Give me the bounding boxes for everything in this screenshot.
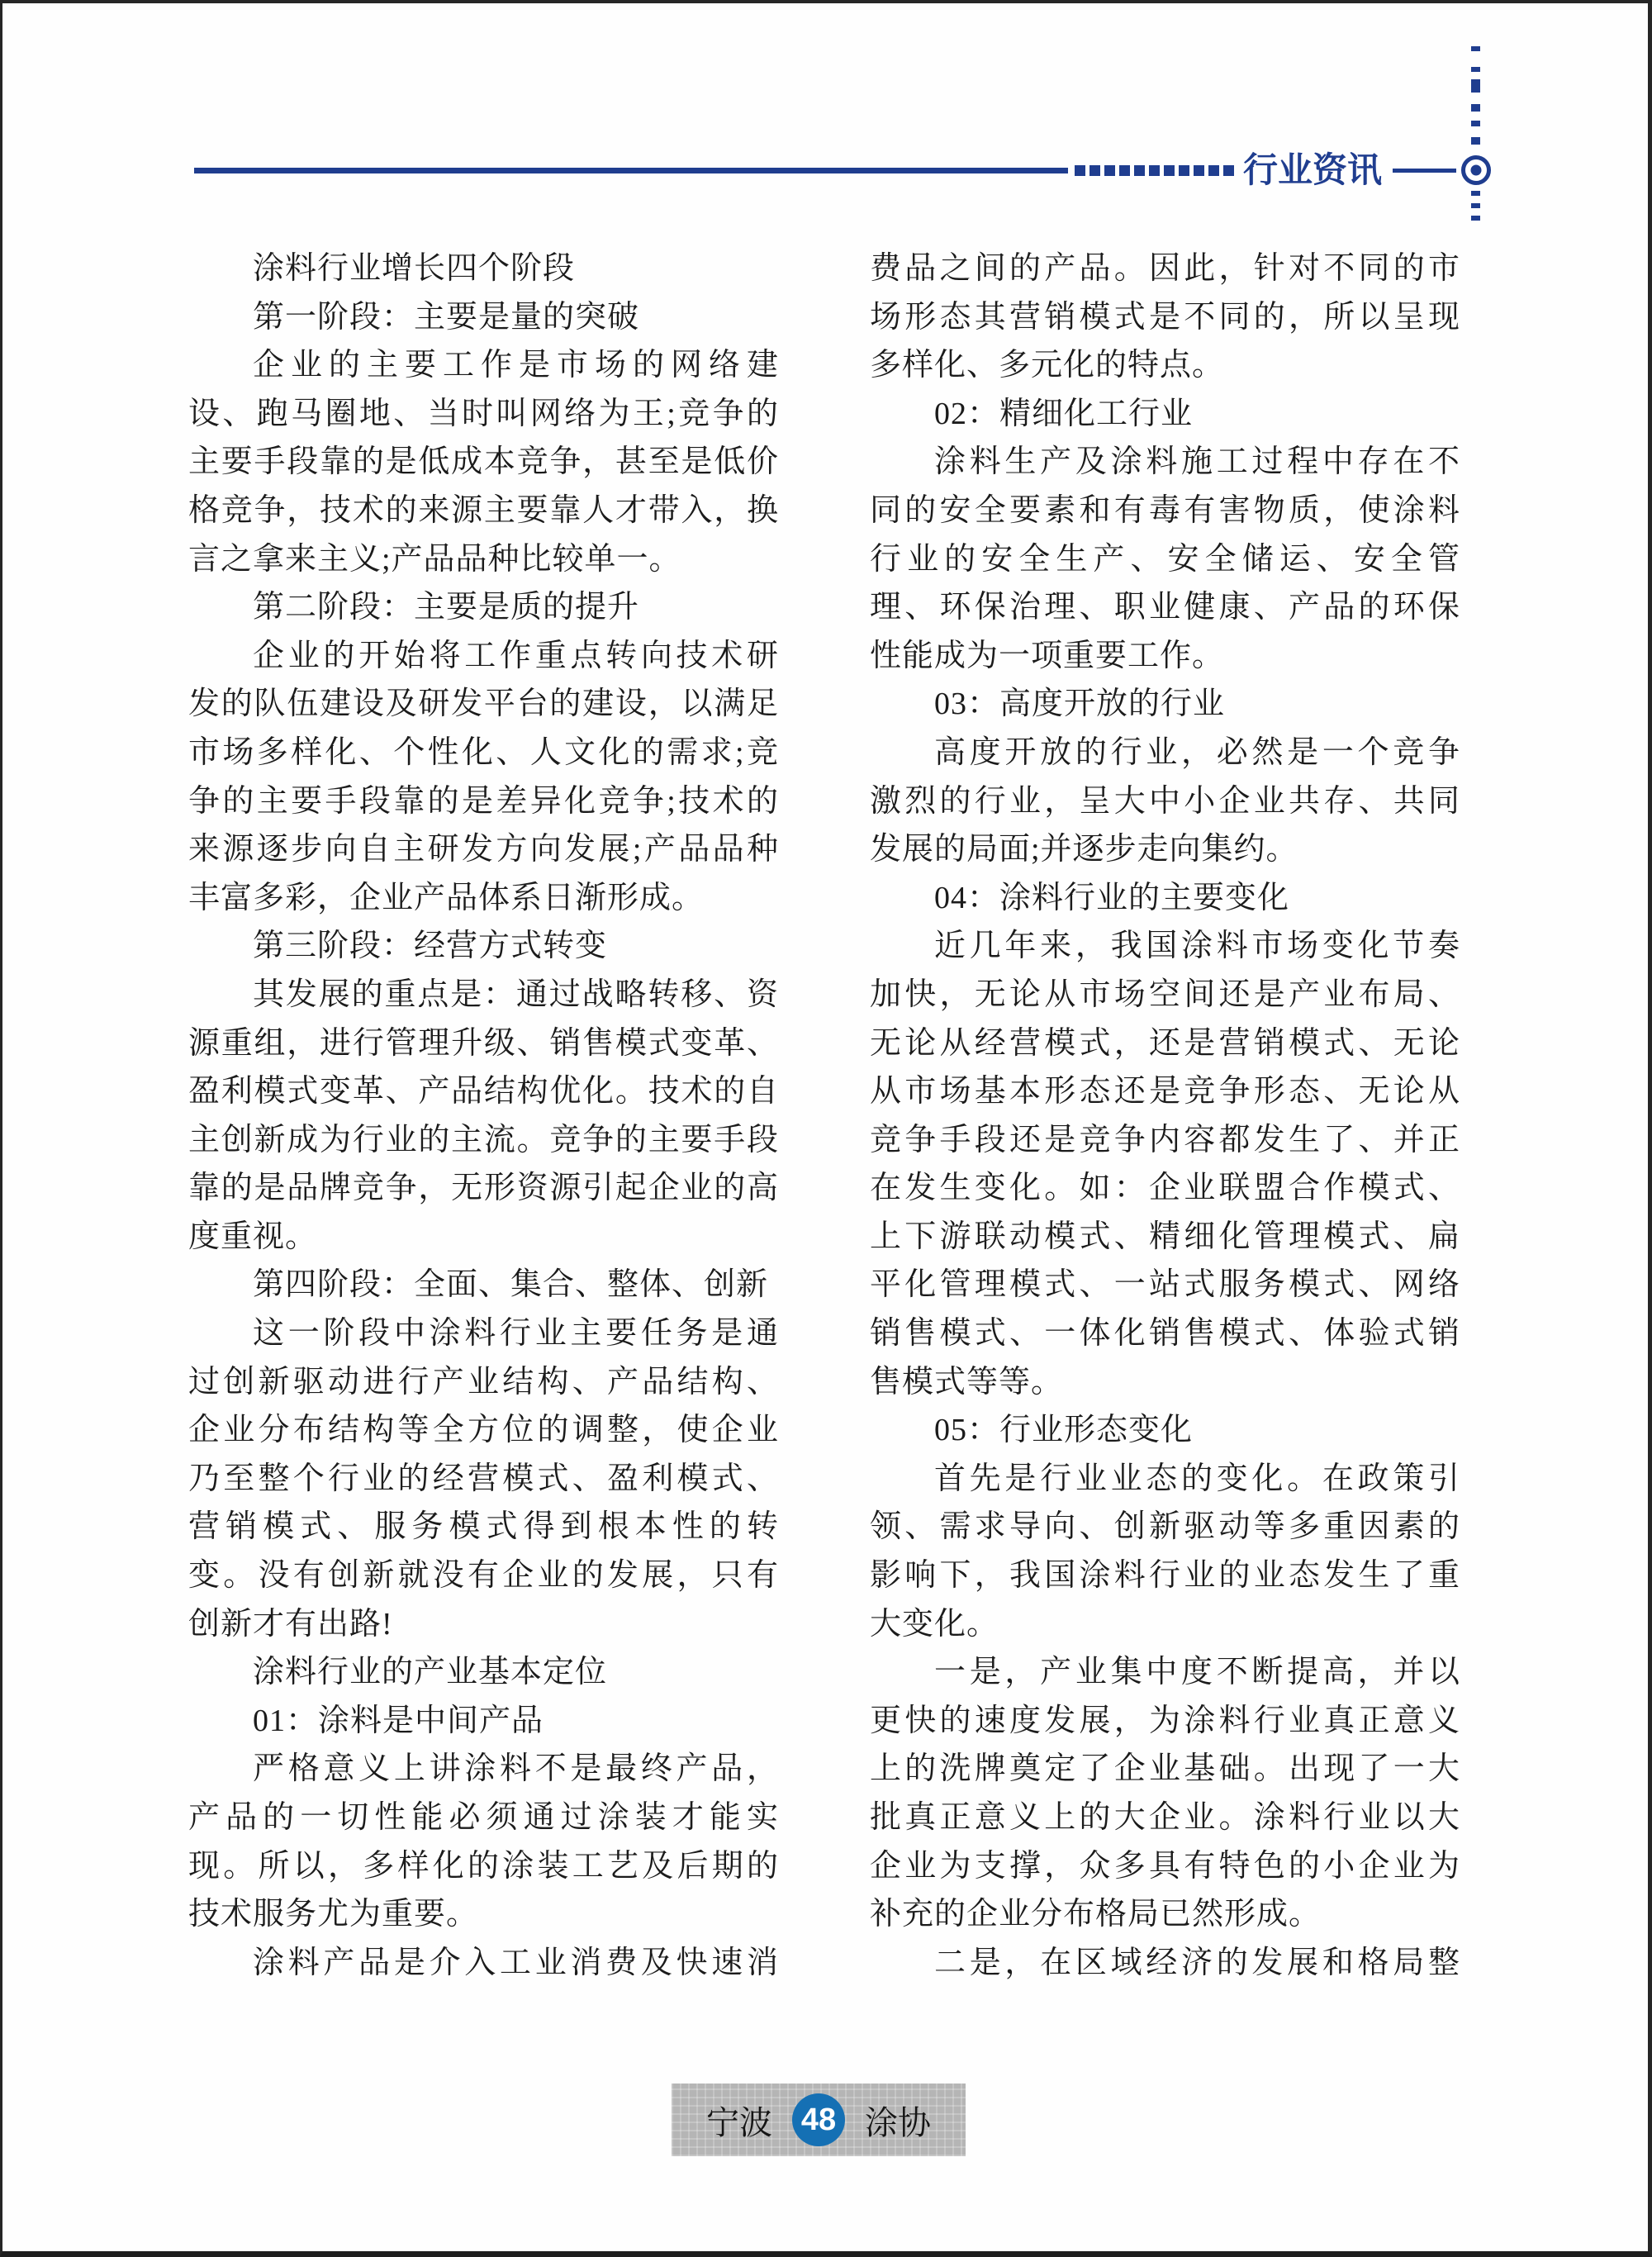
- text-line: 企业为支撑，众多具有特色的小企业为: [870, 1842, 1460, 1891]
- footer-banner: 宁波 48 涂协: [672, 2084, 966, 2156]
- text-line: 创新才有出路!: [188, 1600, 779, 1649]
- footer-right-label: 涂协: [865, 2097, 931, 2144]
- text-line: 源重组，进行管理升级、销售模式变革、: [188, 1019, 779, 1068]
- magazine-page: 行业资讯 涂料行业增长四个阶段第一阶段：主要是量的突破企业的主要工作是市场的网络…: [0, 0, 1652, 2257]
- text-line: 一是，产业集中度不断提高，并以: [870, 1648, 1460, 1697]
- column-right: 费品之间的产品。因此，针对不同的市场形态其营销模式是不同的，所以呈现多样化、多元…: [870, 245, 1460, 1987]
- header-rule-short: [1393, 169, 1456, 173]
- text-line: 理、环保治理、职业健康、产品的环保: [870, 583, 1460, 632]
- vertical-dash: [1471, 216, 1480, 221]
- text-line: 变。没有创新就没有企业的发展，只有: [188, 1551, 779, 1600]
- dash-square: [1119, 165, 1130, 176]
- text-line: 平化管理模式、一站式服务模式、网络: [870, 1261, 1460, 1309]
- text-line: 格竞争，技术的来源主要靠人才带入，换: [188, 487, 779, 535]
- text-line: 费品之间的产品。因此，针对不同的市: [870, 245, 1460, 293]
- dash-square: [1223, 165, 1234, 176]
- text-line: 01：涂料是中间产品: [188, 1697, 779, 1746]
- dash-square: [1134, 165, 1145, 176]
- text-line: 首先是行业业态的变化。在政策引: [870, 1455, 1460, 1504]
- vertical-dash: [1471, 104, 1480, 112]
- dash-square: [1075, 165, 1085, 176]
- text-line: 近几年来，我国涂料市场变化节奏: [870, 922, 1460, 971]
- text-line: 其发展的重点是：通过战略转移、资: [188, 971, 779, 1019]
- text-line: 盈利模式变革、产品结构优化。技术的自: [188, 1067, 779, 1116]
- text-line: 加快，无论从市场空间还是产业布局、: [870, 971, 1460, 1019]
- text-line: 技术服务尤为重要。: [188, 1890, 779, 1939]
- text-line: 同的安全要素和有毒有害物质，使涂料: [870, 487, 1460, 535]
- section-title: 行业资讯: [1243, 150, 1382, 191]
- text-line: 乃至整个行业的经营模式、盈利模式、: [188, 1455, 779, 1504]
- text-line: 多样化、多元化的特点。: [870, 341, 1460, 390]
- vertical-dash: [1471, 46, 1480, 51]
- text-line: 第二阶段：主要是质的提升: [188, 583, 779, 632]
- text-line: 在发生变化。如：企业联盟合作模式、: [870, 1164, 1460, 1213]
- text-line: 涂料行业的产业基本定位: [188, 1648, 779, 1697]
- vertical-dash: [1471, 203, 1480, 208]
- text-line: 设、跑马圈地、当时叫网络为王;竞争的: [188, 390, 779, 439]
- text-line: 领、需求导向、创新驱动等多重因素的: [870, 1503, 1460, 1551]
- vertical-dash: [1471, 121, 1480, 126]
- header-dash-row: [1075, 165, 1234, 176]
- text-line: 二是，在区域经济的发展和格局整: [870, 1939, 1460, 1988]
- text-line: 激烈的行业，呈大中小企业共存、共同: [870, 777, 1460, 826]
- text-line: 05：行业形态变化: [870, 1406, 1460, 1455]
- text-line: 主要手段靠的是低成本竞争，甚至是低价: [188, 438, 779, 487]
- text-line: 现。所以，多样化的涂装工艺及后期的: [188, 1842, 779, 1891]
- text-line: 涂料生产及涂料施工过程中存在不: [870, 438, 1460, 487]
- text-line: 过创新驱动进行产业结构、产品结构、: [188, 1358, 779, 1407]
- text-line: 竞争手段还是竞争内容都发生了、并正: [870, 1116, 1460, 1165]
- text-line: 这一阶段中涂料行业主要任务是通: [188, 1309, 779, 1358]
- vertical-dash: [1471, 137, 1480, 145]
- text-line: 产品的一切性能必须通过涂装才能实: [188, 1794, 779, 1842]
- text-line: 场形态其营销模式是不同的，所以呈现: [870, 293, 1460, 342]
- text-line: 04：涂料行业的主要变化: [870, 874, 1460, 923]
- text-line: 从市场基本形态还是竞争形态、无论从: [870, 1067, 1460, 1116]
- text-line: 丰富多彩，企业产品体系日渐形成。: [188, 874, 779, 923]
- text-line: 更快的速度发展，为涂料行业真正意义: [870, 1697, 1460, 1746]
- text-line: 大变化。: [870, 1600, 1460, 1649]
- text-line: 03：高度开放的行业: [870, 680, 1460, 729]
- vertical-dash: [1471, 79, 1480, 93]
- text-line: 靠的是品牌竞争，无形资源引起企业的高: [188, 1164, 779, 1213]
- text-line: 市场多样化、个性化、人文化的需求;竞: [188, 729, 779, 777]
- vertical-dash: [1471, 191, 1480, 196]
- header-rule-long: [194, 168, 1068, 173]
- text-line: 上的洗牌奠定了企业基础。出现了一大: [870, 1745, 1460, 1794]
- text-line: 影响下，我国涂料行业的业态发生了重: [870, 1551, 1460, 1600]
- dash-square: [1149, 165, 1160, 176]
- text-line: 第一阶段：主要是量的突破: [188, 293, 779, 342]
- text-line: 企业分布结构等全方位的调整，使企业: [188, 1406, 779, 1455]
- dash-square: [1194, 165, 1204, 176]
- dash-square: [1164, 165, 1175, 176]
- text-line: 度重视。: [188, 1213, 779, 1262]
- text-line: 第三阶段：经营方式转变: [188, 922, 779, 971]
- text-line: 行业的安全生产、安全储运、安全管: [870, 535, 1460, 584]
- text-line: 发的队伍建设及研发平台的建设，以满足: [188, 680, 779, 729]
- text-line: 高度开放的行业，必然是一个竞争: [870, 729, 1460, 777]
- text-line: 企业的主要工作是市场的网络建: [188, 341, 779, 390]
- text-line: 批真正意义上的大企业。涂料行业以大: [870, 1794, 1460, 1842]
- text-line: 02：精细化工行业: [870, 390, 1460, 439]
- text-line: 涂料行业增长四个阶段: [188, 245, 779, 293]
- text-line: 言之拿来主义;产品品种比较单一。: [188, 535, 779, 584]
- text-line: 来源逐步向自主研发方向发展;产品品种: [188, 825, 779, 874]
- dash-square: [1208, 165, 1219, 176]
- text-line: 争的主要手段靠的是差异化竞争;技术的: [188, 777, 779, 826]
- text-line: 销售模式、一体化销售模式、体验式销: [870, 1309, 1460, 1358]
- text-line: 企业的开始将工作重点转向技术研: [188, 632, 779, 681]
- dash-square: [1179, 165, 1189, 176]
- text-line: 性能成为一项重要工作。: [870, 632, 1460, 681]
- page-number-badge: 48: [792, 2093, 845, 2146]
- text-line: 售模式等等。: [870, 1358, 1460, 1407]
- dash-square: [1104, 165, 1115, 176]
- text-line: 涂料产品是介入工业消费及快速消: [188, 1939, 779, 1988]
- footer-left-label: 宁波: [706, 2097, 772, 2144]
- vertical-dash: [1471, 67, 1480, 72]
- text-line: 发展的局面;并逐步走向集约。: [870, 825, 1460, 874]
- text-line: 无论从经营模式，还是营销模式、无论: [870, 1019, 1460, 1068]
- text-line: 严格意义上讲涂料不是最终产品，: [188, 1745, 779, 1794]
- text-line: 补充的企业分布格局已然形成。: [870, 1890, 1460, 1939]
- text-line: 主创新成为行业的主流。竞争的主要手段: [188, 1116, 779, 1165]
- column-left: 涂料行业增长四个阶段第一阶段：主要是量的突破企业的主要工作是市场的网络建设、跑马…: [188, 245, 779, 1987]
- vertical-dotted-line: [1471, 45, 1480, 226]
- text-line: 上下游联动模式、精细化管理模式、扁: [870, 1213, 1460, 1262]
- text-line: 营销模式、服务模式得到根本性的转: [188, 1503, 779, 1551]
- text-line: 第四阶段：全面、集合、整体、创新: [188, 1261, 779, 1309]
- dash-square: [1089, 165, 1100, 176]
